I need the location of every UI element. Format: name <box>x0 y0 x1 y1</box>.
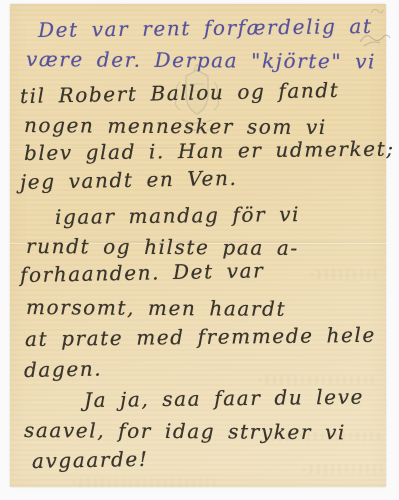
handwriting-line: dagen. <box>24 357 103 382</box>
handwriting-line: saavel, for idag stryker vi <box>24 418 346 444</box>
handwriting-line: avgaarde! <box>32 447 149 473</box>
handwriting-line: jeg vandt en Ven. <box>20 166 238 194</box>
handwriting-line: morsomt, men haardt <box>26 295 286 321</box>
handwriting-line: Det var rent forfærdelig at <box>38 14 373 42</box>
letter-page: Det var rent forfærdelig atvære der. Der… <box>10 4 386 487</box>
handwriting-line: blev glad i. Han er udmerket; <box>24 136 395 165</box>
handwriting-line: rundt og hilste paa a- <box>26 234 299 260</box>
handwriting-line: Ja ja, saa faar du leve <box>84 385 364 412</box>
handwriting-lines: Det var rent forfærdelig atvære der. Der… <box>10 4 386 487</box>
handwriting-line: være der. Derpaa "kjörte" vi <box>26 47 376 73</box>
handwriting-line: at prate med fremmede hele <box>25 323 376 351</box>
handwriting-line: nogen mennesker som vi <box>24 113 327 139</box>
scanned-letter-background: Det var rent forfærdelig atvære der. Der… <box>0 0 399 500</box>
handwriting-line: igaar mandag för vi <box>55 202 300 229</box>
handwriting-line: til Robert Ballou og fandt <box>20 78 340 108</box>
handwriting-line: forhaanden. Det var <box>20 258 265 287</box>
